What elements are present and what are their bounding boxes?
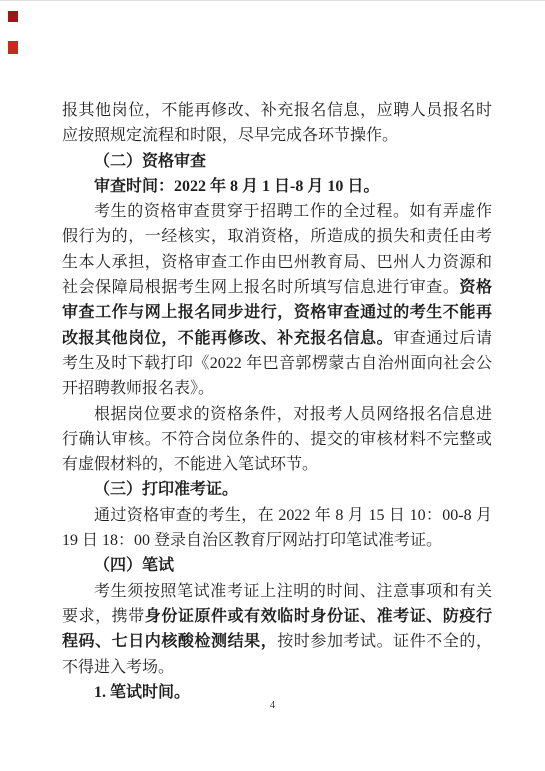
document-body: 报其他岗位，不能再修改、补充报名信息，应聘人员报名时应按照规定流程和时限，尽早完…: [62, 98, 492, 705]
heading-section-2: （二）资格审查: [62, 149, 492, 174]
heading-section-3: （三）打印准考证。: [62, 477, 492, 502]
para-continuation: 报其他岗位，不能再修改、补充报名信息，应聘人员报名时应按照规定流程和时限，尽早完…: [62, 98, 492, 149]
text-run-bold: 审查时间：2022 年 8 月 1 日-8 月 10 日。: [94, 178, 379, 195]
para-review-time: 审查时间：2022 年 8 月 1 日-8 月 10 日。: [62, 174, 492, 199]
text-run: 考生的资格审查贯穿于招聘工作的全过程。如有弄虚作假行为的，一经核实，取消资格，所…: [62, 203, 492, 296]
text-run-bold: （二）资格审查: [94, 153, 206, 170]
text-run-bold: （四）笔试: [94, 557, 174, 574]
text-run: 报其他岗位，不能再修改、补充报名信息，应聘人员报名时应按照规定流程和时限，尽早完…: [62, 102, 492, 144]
red-mark-top: [8, 11, 18, 22]
red-mark-bottom: [8, 41, 18, 54]
para-written-exam: 考生须按照笔试准考证上注明的时间、注意事项和有关要求，携带身份证原件或有效临时身…: [62, 579, 492, 680]
para-confirm-check: 根据岗位要求的资格条件，对报考人员网络报名信息进行确认审核。不符合岗位条件的、提…: [62, 402, 492, 478]
text-run: 通过资格审查的考生，在 2022 年 8 月 15 日 10：00-8 月 19…: [62, 507, 492, 549]
heading-section-4: （四）笔试: [62, 553, 492, 578]
text-run-bold: （三）打印准考证。: [94, 481, 238, 498]
document-page: 报其他岗位，不能再修改、补充报名信息，应聘人员报名时应按照规定流程和时限，尽早完…: [0, 0, 545, 771]
text-run-bold: 1. 笔试时间。: [94, 684, 190, 701]
para-qualification-review: 考生的资格审查贯穿于招聘工作的全过程。如有弄虚作假行为的，一经核实，取消资格，所…: [62, 199, 492, 401]
page-number: 4: [0, 700, 545, 711]
para-print-ticket: 通过资格审查的考生，在 2022 年 8 月 15 日 10：00-8 月 19…: [62, 503, 492, 554]
text-run: 根据岗位要求的资格条件，对报考人员网络报名信息进行确认审核。不符合岗位条件的、提…: [62, 406, 492, 474]
